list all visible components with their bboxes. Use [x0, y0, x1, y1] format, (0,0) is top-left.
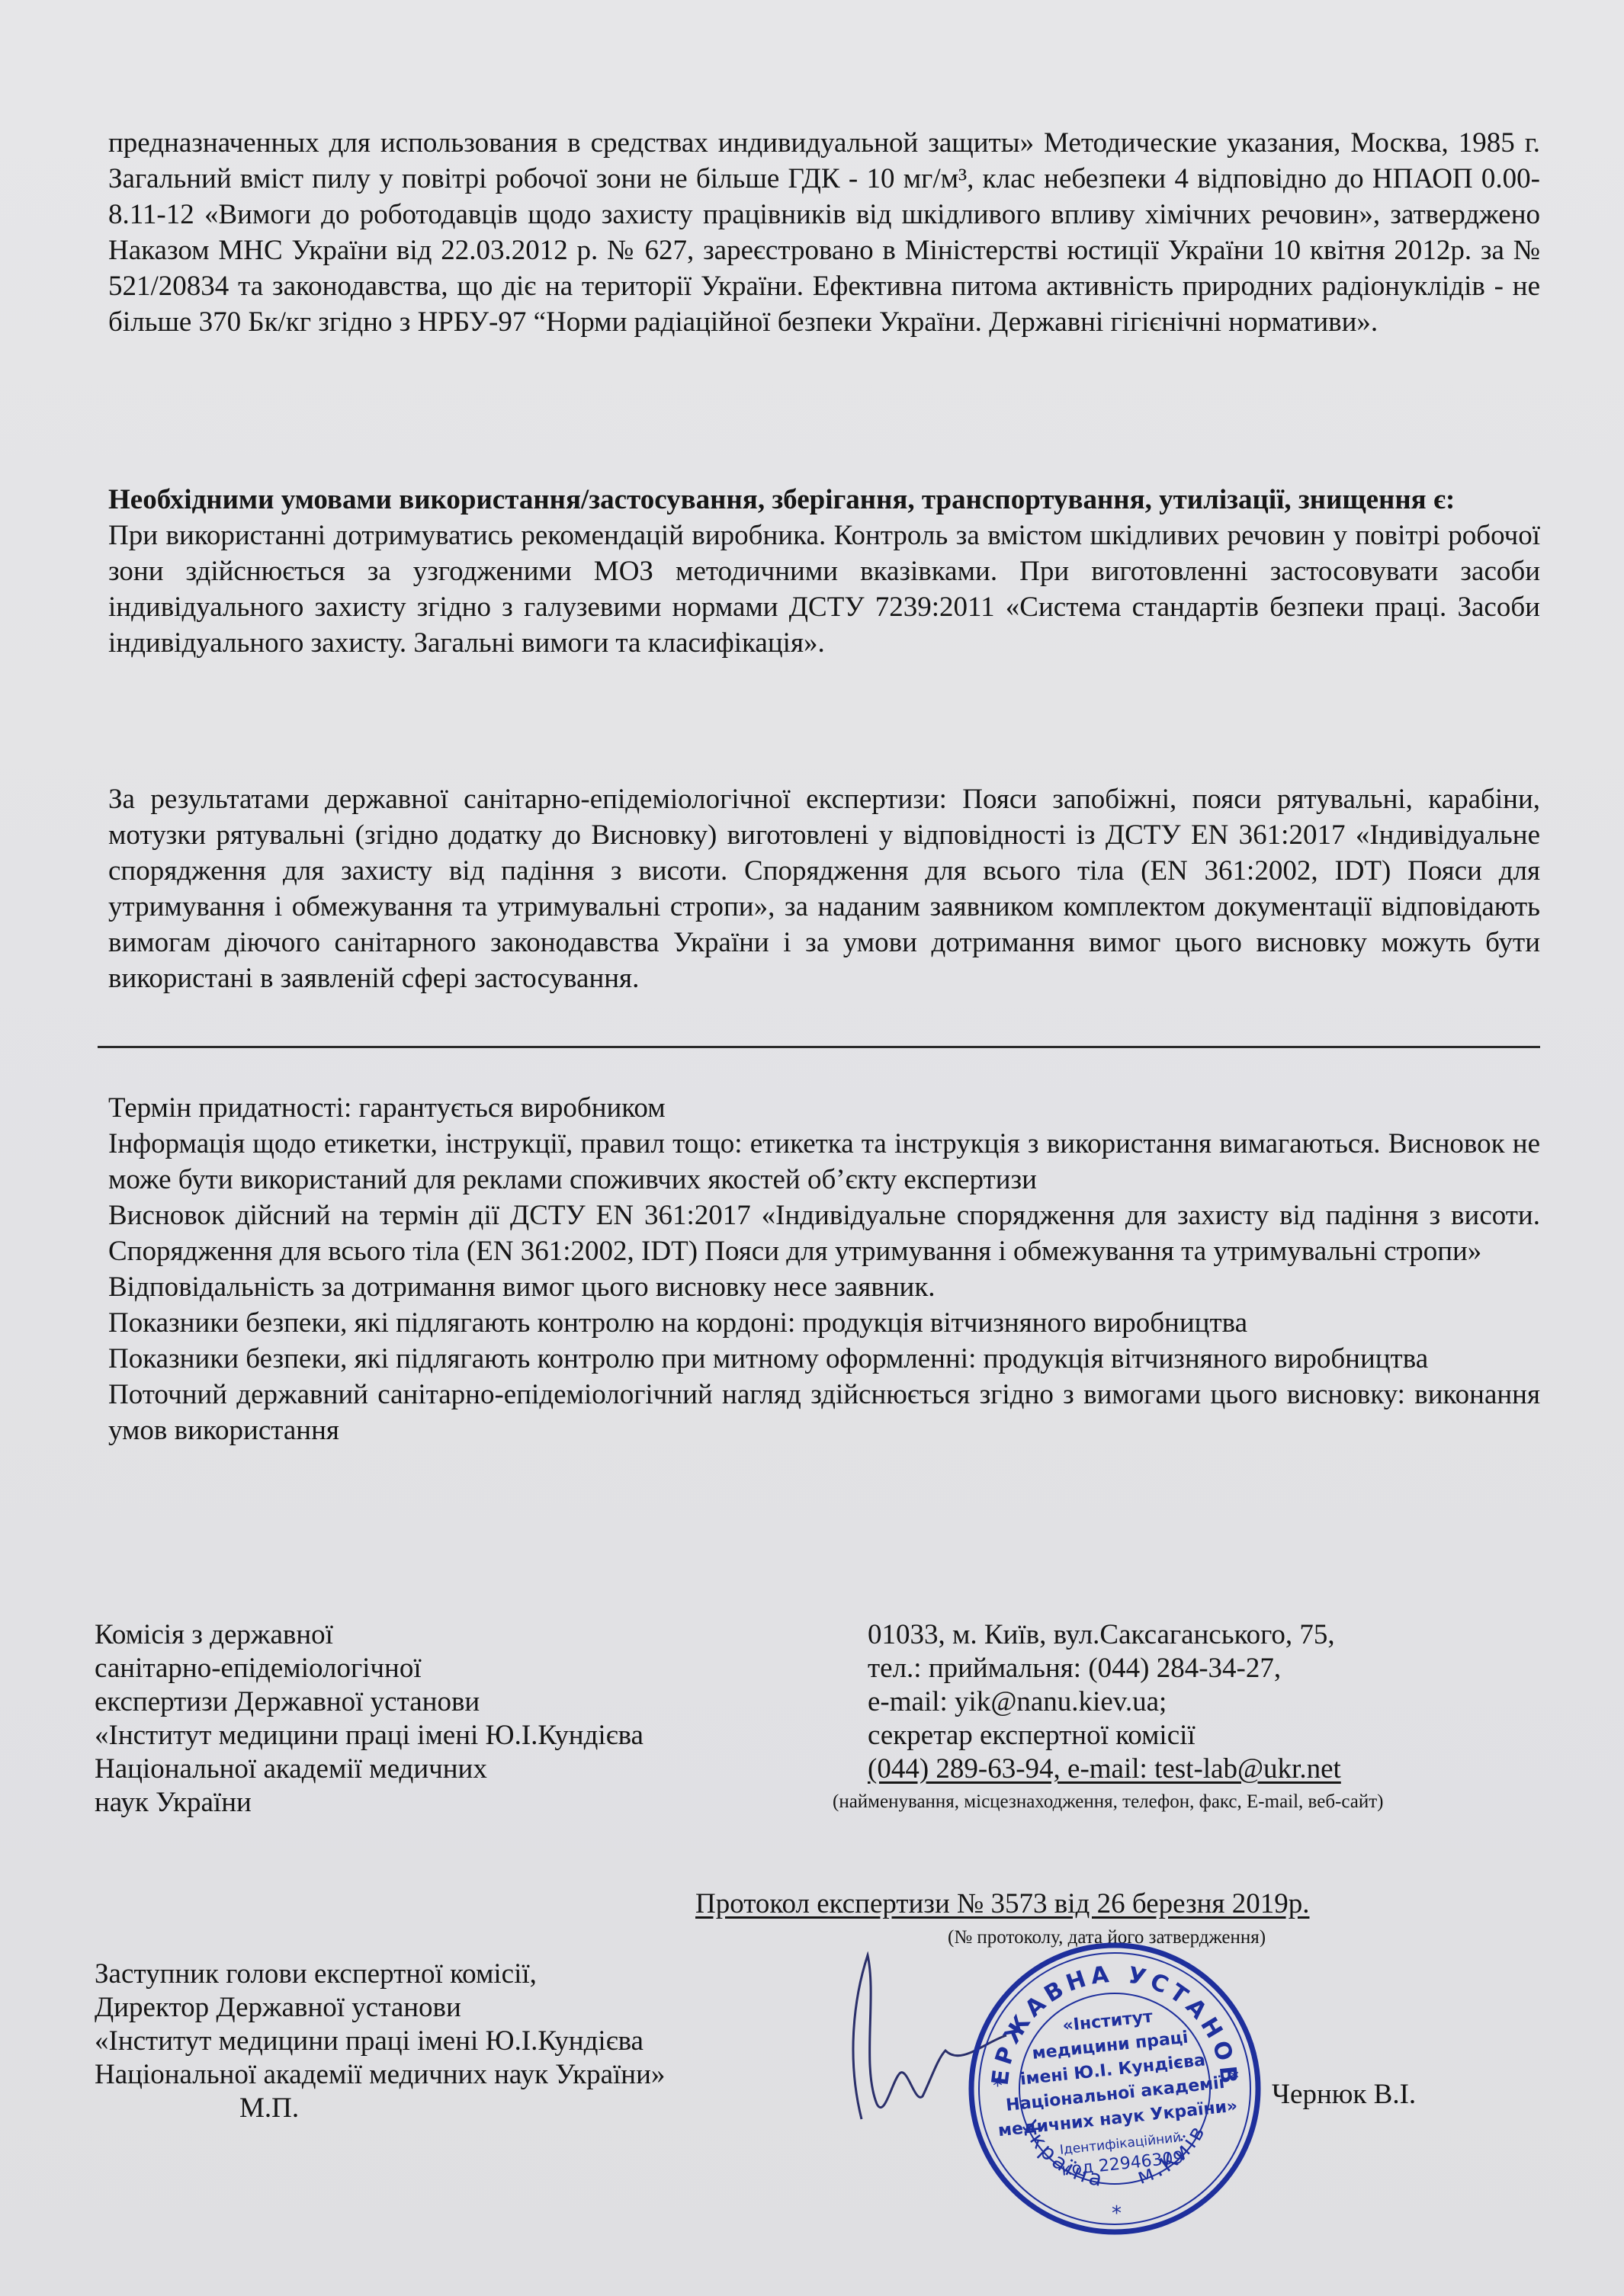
- commission-block: Комісія з державної санітарно-епідеміоло…: [95, 1618, 781, 1820]
- svg-text:*: *: [1112, 2202, 1122, 2225]
- address: 01033, м. Київ, вул.Саксаганського, 75,: [868, 1618, 1523, 1652]
- commission-line: експертизи Державної установи: [95, 1685, 781, 1719]
- svg-text:*: *: [993, 2075, 1003, 2098]
- results-paragraph: За результатами державної санітарно-епід…: [108, 781, 1540, 996]
- commission-line: наук України: [95, 1786, 781, 1820]
- secretary-label: секретар експертної комісії: [868, 1719, 1523, 1752]
- detail-supervision: Поточний державний санітарно-епідеміолог…: [108, 1377, 1540, 1448]
- detail-customs-control: Показники безпеки, які підлягають контро…: [108, 1341, 1540, 1377]
- results-text: За результатами державної санітарно-епід…: [108, 781, 1540, 996]
- conditions-text: При використанні дотримуватись рекоменда…: [108, 518, 1540, 661]
- detail-label-info: Інформація щодо етикетки, інструкції, пр…: [108, 1126, 1540, 1198]
- commission-line: Комісія з державної: [95, 1618, 781, 1652]
- contacts-caption: (найменування, місцезнаходження, телефон…: [833, 1791, 1523, 1813]
- signer-title: Директор Державної установи: [95, 1991, 857, 2025]
- conditions-heading: Необхідними умовами використання/застосу…: [108, 482, 1540, 518]
- email: e-mail: yik@nanu.kiev.ua;: [868, 1685, 1523, 1719]
- protocol-line: Протокол експертизи № 3573 від 26 березн…: [695, 1887, 1309, 1921]
- signer-name: Чернюк В.І.: [1272, 2078, 1416, 2111]
- signer-block: Заступник голови експертної комісії, Дир…: [95, 1958, 857, 2125]
- conditions-section: Необхідними умовами використання/застосу…: [108, 482, 1540, 661]
- horizontal-divider: [98, 1046, 1540, 1048]
- detail-shelf-life: Термін придатності: гарантується виробни…: [108, 1090, 1540, 1126]
- detail-responsibility: Відповідальність за дотримання вимог цьо…: [108, 1269, 1540, 1305]
- detail-validity: Висновок дійсний на термін дії ДСТУ EN 3…: [108, 1198, 1540, 1269]
- commission-line: санітарно-епідеміологічної: [95, 1652, 781, 1685]
- signer-title: Національної академії медичних наук Укра…: [95, 2058, 857, 2092]
- detail-border-control: Показники безпеки, які підлягають контро…: [108, 1305, 1540, 1341]
- phone: тел.: приймальня: (044) 284-34-27,: [868, 1652, 1523, 1685]
- signer-title: «Інститут медицини праці імені Ю.І.Кунді…: [95, 2025, 857, 2058]
- document-page: предназначенных для использования в сред…: [0, 0, 1624, 2296]
- details-section: Термін придатності: гарантується виробни…: [108, 1090, 1540, 1448]
- commission-line: Національної академії медичних: [95, 1752, 781, 1786]
- commission-line: «Інститут медицини праці імені Ю.І.Кунді…: [95, 1719, 781, 1752]
- svg-text:«Інститут: «Інститут: [1061, 2007, 1154, 2035]
- svg-text:*: *: [1229, 2067, 1239, 2090]
- seal-place-label: М.П.: [95, 2092, 857, 2125]
- secretary-contact: (044) 289-63-94, e-mail: test-lab@ukr.ne…: [868, 1752, 1523, 1786]
- intro-text: предназначенных для использования в сред…: [108, 125, 1540, 340]
- signer-title: Заступник голови експертної комісії,: [95, 1958, 857, 1991]
- contacts-block: 01033, м. Київ, вул.Саксаганського, 75, …: [868, 1618, 1523, 1813]
- official-stamp: ДЕРЖАВНА УСТАНОВА Україна м.Київ * * * «…: [962, 1936, 1267, 2241]
- intro-paragraph: предназначенных для использования в сред…: [108, 125, 1540, 340]
